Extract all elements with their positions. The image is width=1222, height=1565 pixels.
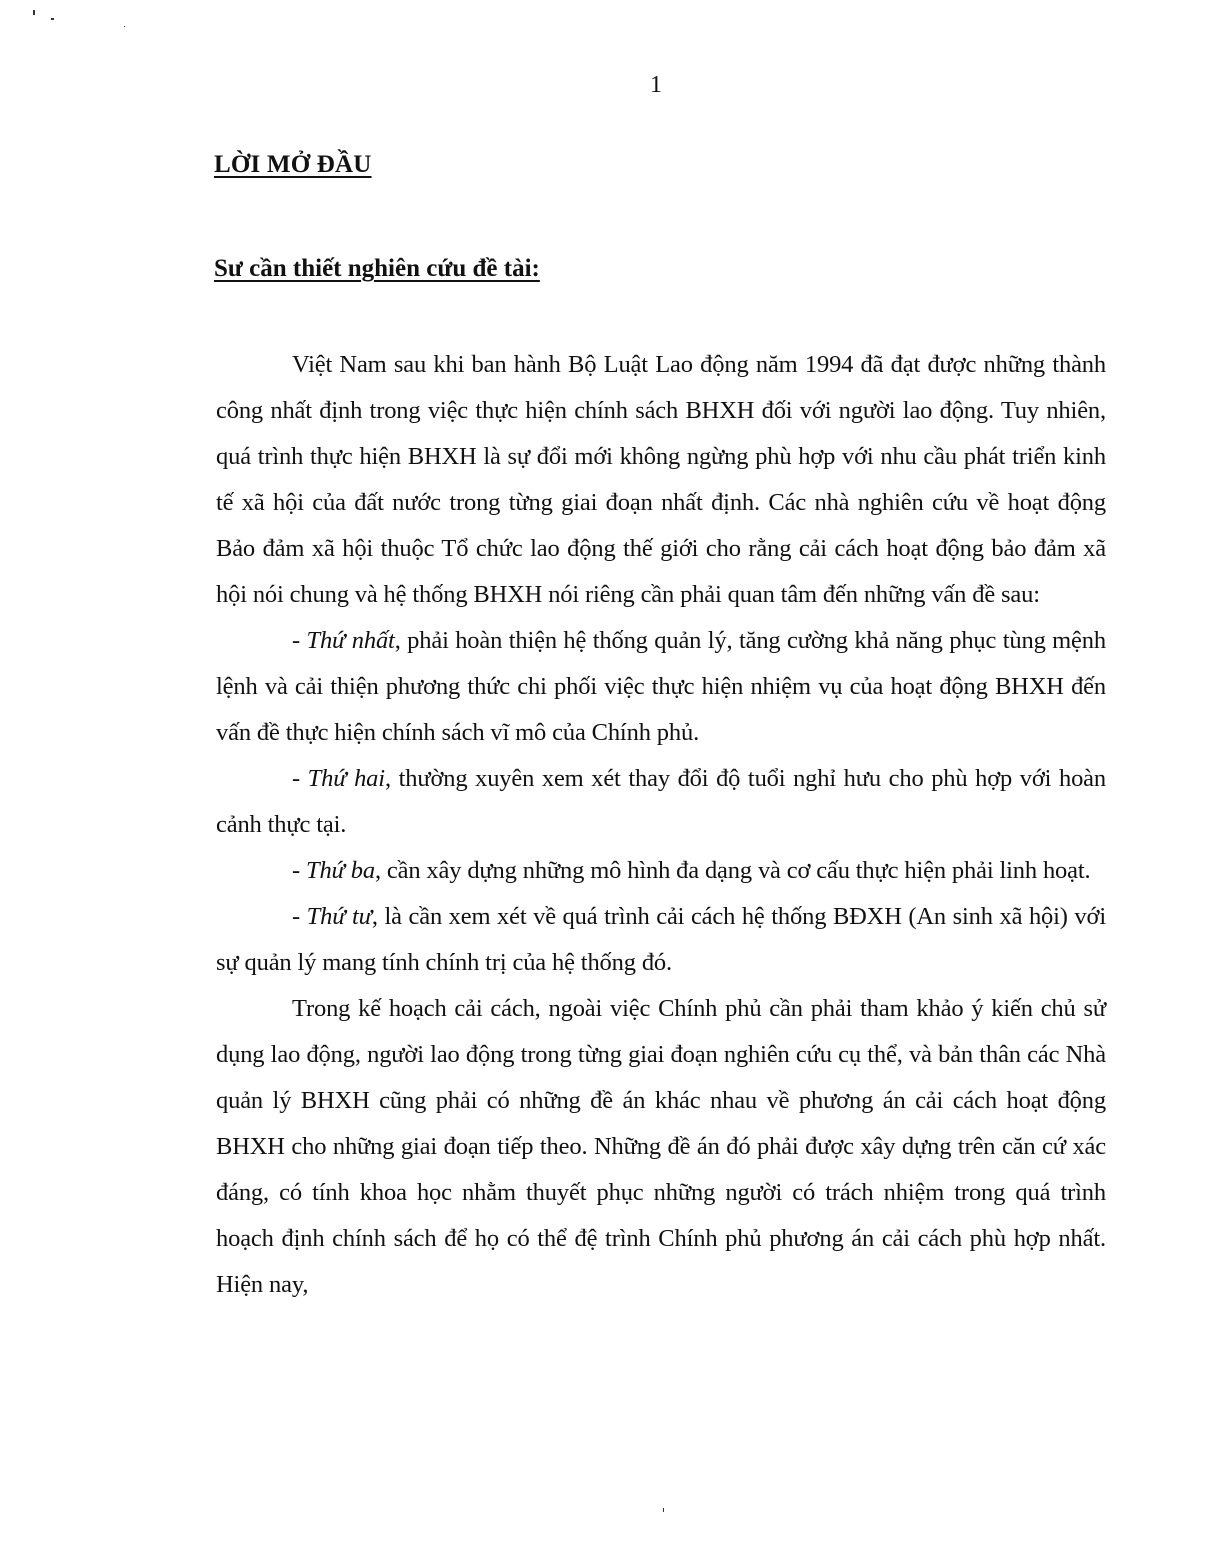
scan-artifact [33, 10, 35, 15]
scan-artifact [663, 1508, 664, 1512]
item-label: Thứ ba [306, 857, 375, 884]
page-number: 1 [650, 70, 662, 100]
item-prefix: - [292, 765, 308, 792]
list-item-second: - Thứ hai, thường xuyên xem xét thay đổi… [216, 756, 1106, 848]
scan-artifact [51, 18, 54, 20]
item-prefix: - [292, 903, 307, 930]
list-item-first: - Thứ nhất, phải hoàn thiện hệ thống quả… [216, 618, 1106, 756]
section-heading: Sư cần thiết nghiên cứu đề tài: [214, 252, 540, 286]
list-item-third: - Thứ ba, cần xây dựng những mô hình đa … [216, 848, 1106, 894]
item-label: Thứ hai [308, 765, 385, 792]
item-label: Thứ tư [307, 903, 372, 930]
item-prefix: - [292, 627, 306, 654]
intro-paragraph: Việt Nam sau khi ban hành Bộ Luật Lao độ… [216, 342, 1106, 618]
document-title: LỜI MỞ ĐẦU [214, 148, 372, 182]
document-body: Việt Nam sau khi ban hành Bộ Luật Lao độ… [216, 342, 1106, 1308]
item-label: Thứ nhất [306, 627, 394, 654]
item-text: , cần xây dựng những mô hình đa dạng và … [375, 857, 1091, 884]
list-item-fourth: - Thứ tư, là cần xem xét về quá trình cả… [216, 894, 1106, 986]
item-prefix: - [292, 857, 306, 884]
scan-artifact [124, 26, 125, 27]
closing-paragraph: Trong kế hoạch cải cách, ngoài việc Chín… [216, 986, 1106, 1308]
